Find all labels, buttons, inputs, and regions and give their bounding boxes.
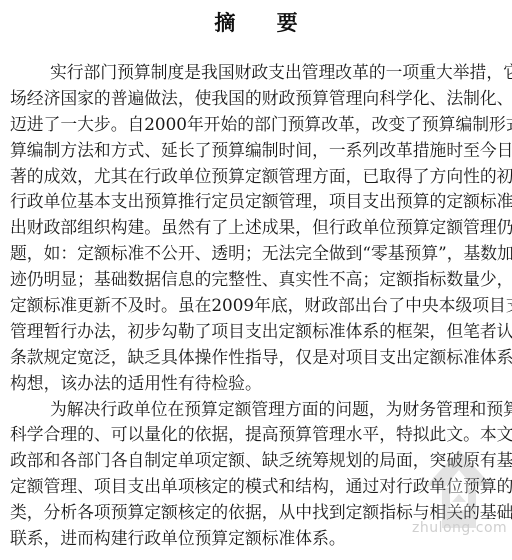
paragraph-1-line-11: 管理暂行办法，初步勾勒了项目支出定额标准体系的框架，但笔者认为，该办法 [10,319,502,345]
paragraph-1-line-12: 条款规定宽泛，缺乏具体操作性指导，仅是对项目支出定额标准体系进行了初步 [10,345,502,371]
paragraph-1-line-7: 出财政部组织构建。虽然有了上述成果，但行政单位预算定额管理仍存在一些问 [10,215,502,241]
paragraph-2-line-2: 科学合理的、可以量化的依据，提高预算管理水平，特拟此文。本文冲破目前财 [10,422,502,448]
paragraph-1-line-4: 算编制方法和方式、延长了预算编制时间，一系列改革措施时至今日已取得了显 [10,138,502,164]
paragraph-2-line-3: 政部和各部门各自制定单项定额、缺乏统筹规划的局面，突破原有基本支出定员 [10,448,502,474]
document-page: 摘 要 实行部门预算制度是我国财政支出管理改革的一项重大举措，它借鉴了市 场经济… [0,0,512,560]
paragraph-2-line-4: 定额管理、项目支出单项核定的模式和结构，通过对行政单位预算的构成进行分 [10,474,502,500]
paragraph-1-line-2: 场经济国家的普遍做法，使我国的财政预算管理向科学化、法制化、规范化方向 [10,86,502,112]
paragraph-1-line-8: 题，如：定额标准不公开、透明；无法完全做到“零基预算”，基数加增长的痕 [10,241,502,267]
paragraph-1-line-9: 迹仍明显；基础数据信息的完整性、真实性不高；定额指标数量少，覆盖面窄； [10,267,502,293]
paragraph-1-line-10: 定额标准更新不及时。虽在2009年底，财政部出台了中央本级项目支出定额标准 [10,293,502,319]
watermark-text: zhulong.com [412,520,507,536]
paragraph-2-line-1: 为解决行政单位在预算定额管理方面的问题，为财务管理和预算管理提供 [10,397,502,423]
paragraph-1-line-5: 著的成效，尤其在行政单位预算定额管理方面，已取得了方向性的初步实质进展： [10,164,502,190]
paragraph-1-line-1: 实行部门预算制度是我国财政支出管理改革的一项重大举措，它借鉴了市 [10,60,502,86]
paragraph-1-line-13: 构想，该办法的适用性有待检验。 [10,371,502,397]
abstract-body: 实行部门预算制度是我国财政支出管理改革的一项重大举措，它借鉴了市 场经济国家的普… [10,60,502,552]
paragraph-1-line-6: 行政单位基本支出预算推行定员定额管理，项目支出预算的定额标准体系目前正 [10,189,502,215]
page-title: 摘 要 [0,10,512,36]
paragraph-1-line-3: 迈进了一大步。自2000年开始的部门预算改革，改变了预算编制形式和内容、预 [10,112,502,138]
